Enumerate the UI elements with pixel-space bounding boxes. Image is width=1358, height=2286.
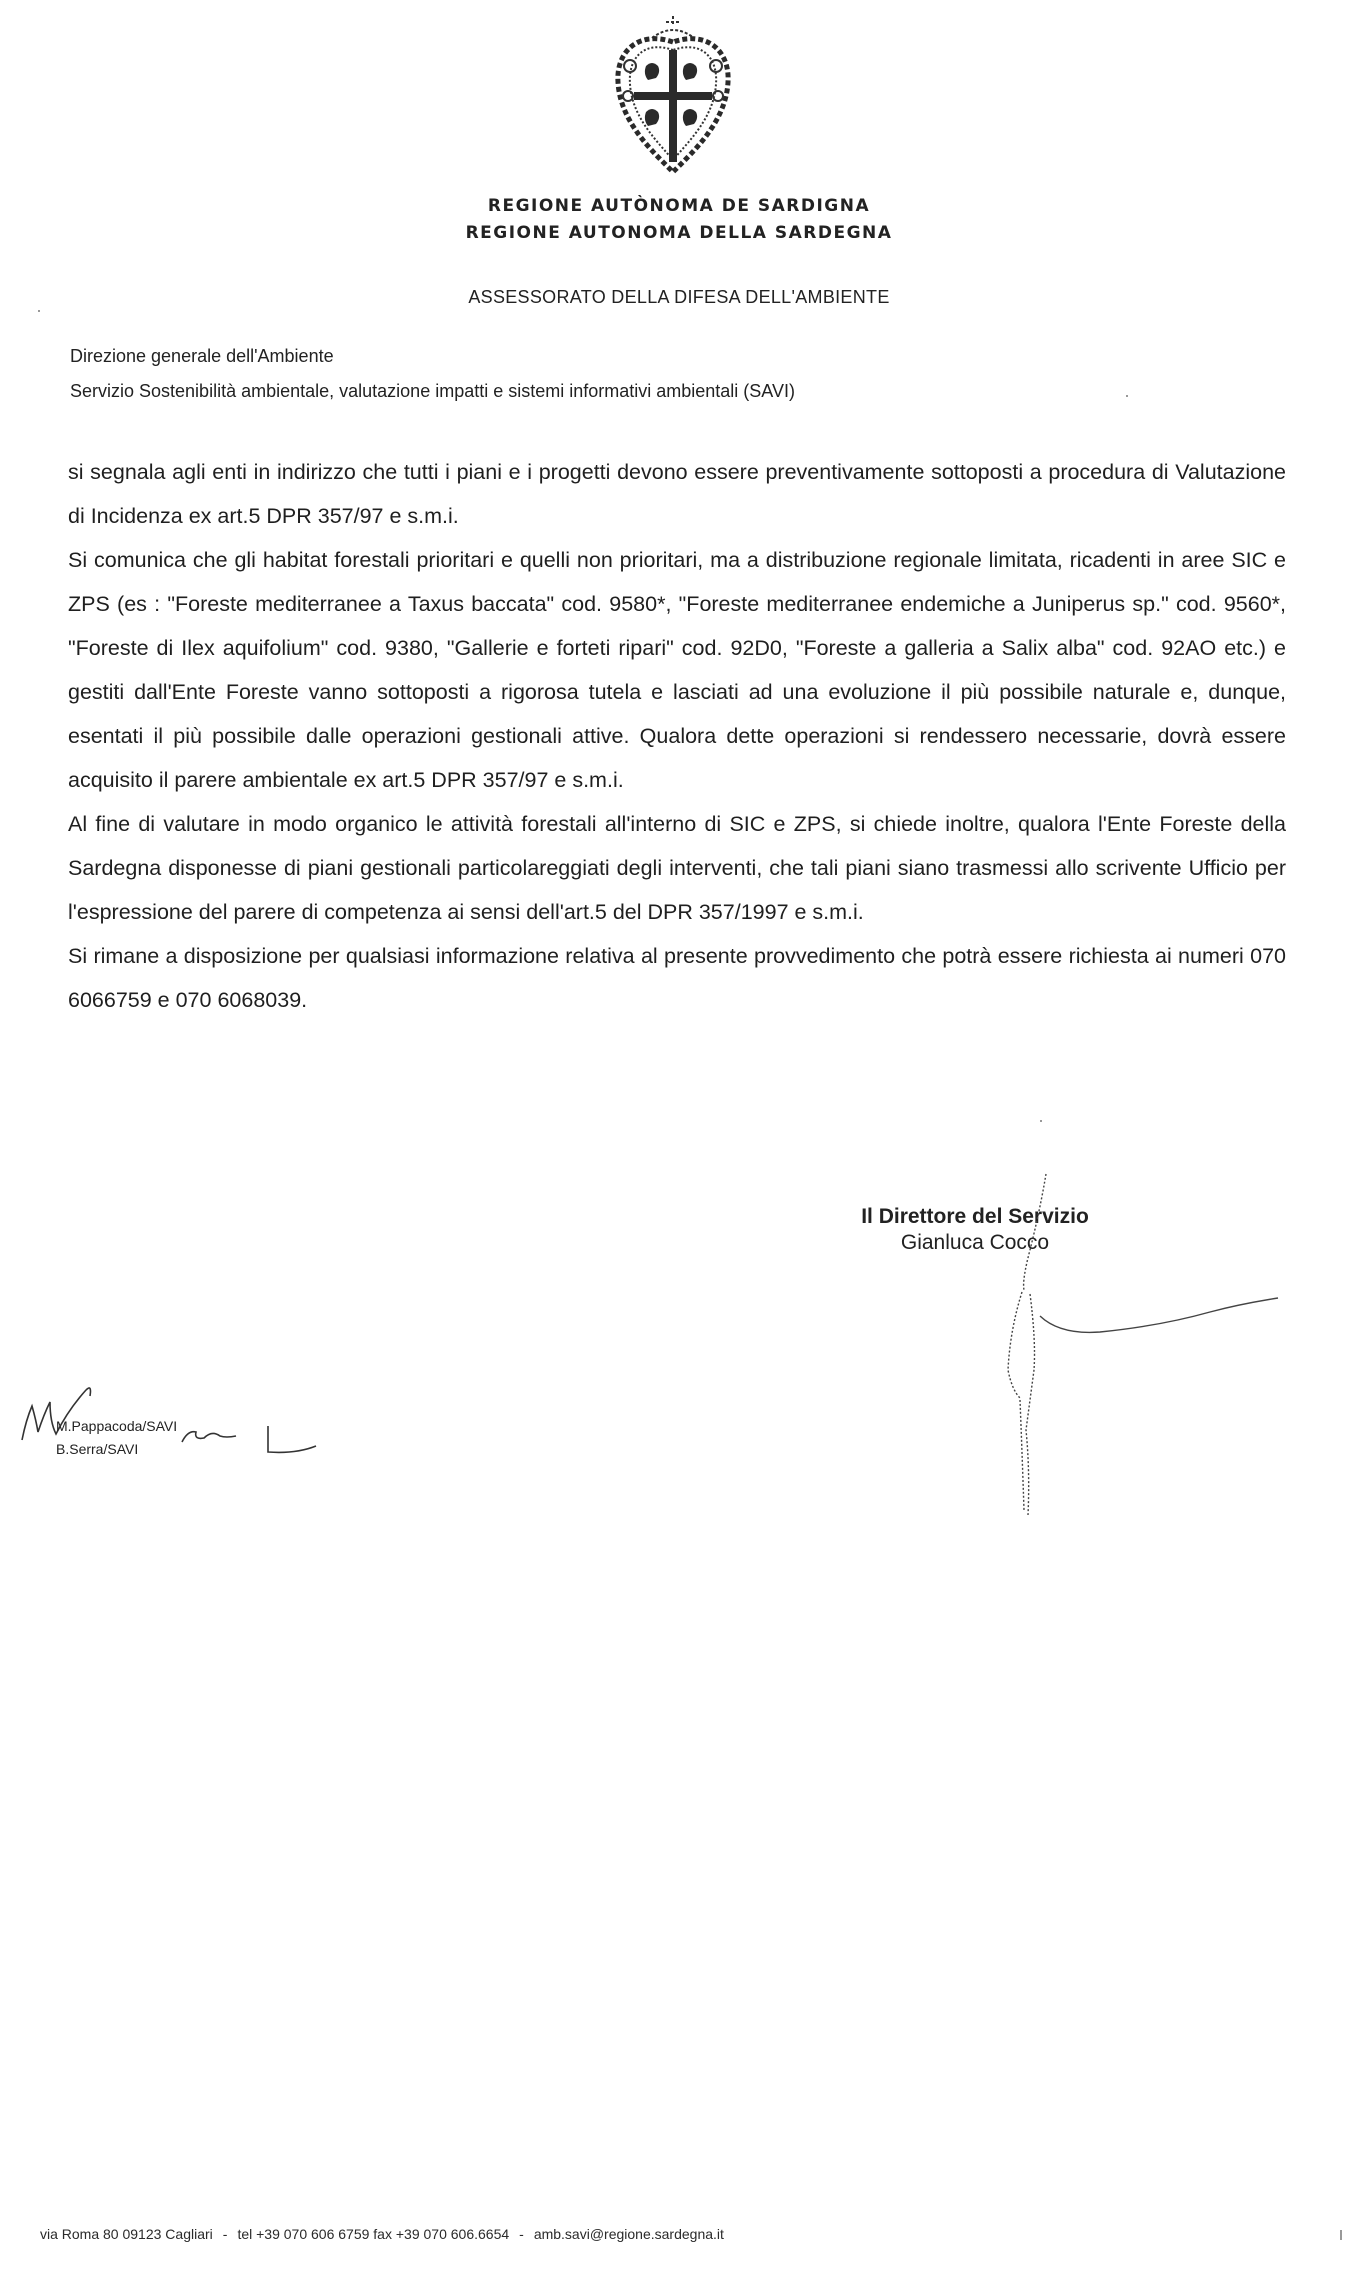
footer-separator: - — [223, 2226, 228, 2242]
paragraph-contacts: Si rimane a disposizione per qualsiasi i… — [68, 934, 1286, 1022]
footer-fax: fax +39 070 606.6654 — [373, 2226, 509, 2242]
footer-address: via Roma 80 09123 Cagliari — [40, 2226, 213, 2242]
scan-speck — [38, 310, 40, 312]
footer-email: amb.savi@regione.sardegna.it — [534, 2226, 724, 2242]
service-label: Servizio Sostenibilità ambientale, valut… — [70, 381, 795, 402]
scan-speck — [1126, 395, 1128, 397]
handwritten-signature-icon — [960, 1170, 1280, 1530]
scan-speck — [1340, 2230, 1342, 2240]
staff-line-serra: B.Serra/SAVI — [56, 1441, 138, 1457]
staff-line-pappacoda: M.Pappacoda/SAVI — [56, 1418, 177, 1434]
region-name-italian: REGIONE AUTONOMA DELLA SARDEGNA — [0, 223, 1358, 243]
footer-contacts: via Roma 80 09123 Cagliari-tel +39 070 6… — [40, 2226, 724, 2242]
footer-separator: - — [519, 2226, 524, 2242]
paragraph-habitats: Si comunica che gli habitat forestali pr… — [68, 538, 1286, 802]
direction-label: Direzione generale dell'Ambiente — [70, 346, 334, 367]
coat-of-arms-icon — [608, 12, 738, 182]
paragraph-procedure: si segnala agli enti in indirizzo che tu… — [68, 450, 1286, 538]
letter-body: si segnala agli enti in indirizzo che tu… — [68, 450, 1286, 1022]
region-name-sardinian: REGIONE AUTÒNOMA DE SARDIGNA — [0, 196, 1358, 216]
paragraph-management-plans: Al fine di valutare in modo organico le … — [68, 802, 1286, 934]
department-title: ASSESSORATO DELLA DIFESA DELL'AMBIENTE — [0, 287, 1358, 308]
footer-phone: tel +39 070 606 6759 — [237, 2226, 369, 2242]
scan-speck — [1040, 1120, 1042, 1122]
